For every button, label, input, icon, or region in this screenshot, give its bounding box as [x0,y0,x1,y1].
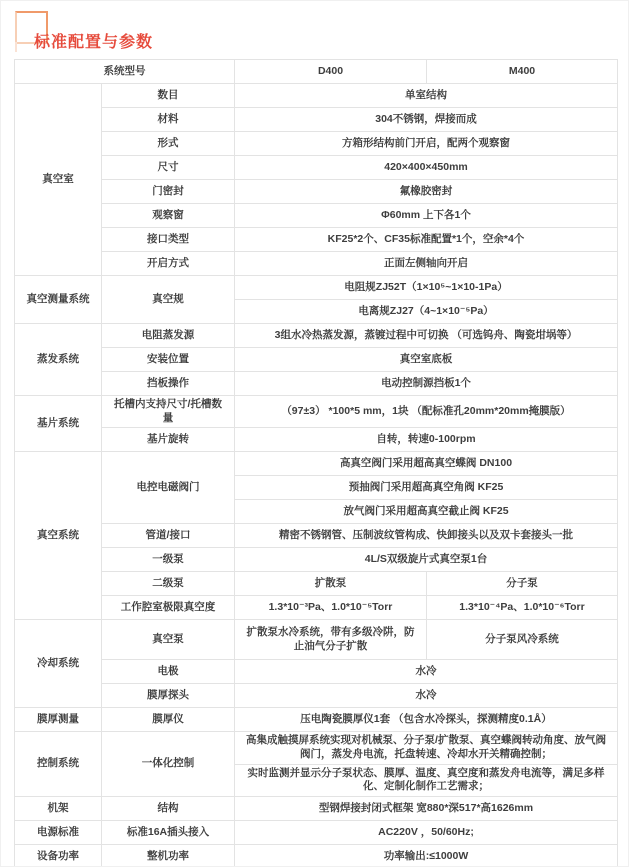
table-row: 一级泵 4L/S双级旋片式真空泵1台 [15,548,618,572]
value-cell-m400: 1.3*10⁻⁴Pa、1.0*10⁻⁶Torr [427,596,618,620]
value-cell: 精密不锈钢管、压制波纹管构成、快卸接头以及双卡套接头一批 [235,524,618,548]
spec-table: 系统型号 D400 M400 真空室 数目 单室结构 材料 304不锈钢，焊接而… [14,59,618,867]
table-row: 管道/接口 精密不锈钢管、压制波纹管构成、快卸接头以及双卡套接头一批 [15,524,618,548]
param-cell: 电控电磁阀门 [102,452,235,524]
param-cell: 真空泵 [102,620,235,660]
value-cell: 3组水冷热蒸发源，蒸镀过程中可切换 （可选钨舟、陶瓷坩埚等） [235,324,618,348]
value-cell: 4L/S双级旋片式真空泵1台 [235,548,618,572]
param-cell: 观察窗 [102,204,235,228]
param-cell: 膜厚仪 [102,708,235,732]
table-row: 挡板操作 电动控制源挡板1个 [15,372,618,396]
value-cell: 高真空阀门采用超高真空蝶阀 DN100 [235,452,618,476]
value-cell: 高集成触摸屏系统实现对机械泵、分子泵/扩散泵、真空蝶阀转动角度、放气阀阀门，蒸发… [235,732,618,764]
param-cell: 基片旋转 [102,428,235,452]
table-row: 尺寸 420×400×450mm [15,156,618,180]
page-header: 标准配置与参数 [1,1,628,59]
category-cell: 设备功率 [15,844,102,867]
table-row: 接口类型 KF25*2个、CF35标准配置*1个，空余*4个 [15,228,618,252]
value-cell: 电动控制源挡板1个 [235,372,618,396]
param-cell: 一级泵 [102,548,235,572]
table-row: 控制系统 一体化控制 高集成触摸屏系统实现对机械泵、分子泵/扩散泵、真空蝶阀转动… [15,732,618,764]
value-cell: 水冷 [235,684,618,708]
param-cell: 材料 [102,108,235,132]
param-cell: 挡板操作 [102,372,235,396]
value-cell: 压电陶瓷膜厚仪1套 （包含水冷探头，探测精度0.1Å） [235,708,618,732]
value-cell: 放气阀门采用超高真空截止阀 KF25 [235,500,618,524]
table-row: 真空室 数目 单室结构 [15,84,618,108]
param-cell: 数目 [102,84,235,108]
table-row: 安装位置 真空室底板 [15,348,618,372]
category-cell: 电源标准 [15,820,102,844]
page-title: 标准配置与参数 [34,29,153,52]
param-cell: 尺寸 [102,156,235,180]
table-row: 膜厚探头 水冷 [15,684,618,708]
value-cell: 电离规ZJ27（4~1×10⁻⁵Pa） [235,300,618,324]
table-row: 机架 结构 型钢焊接封闭式框架 宽880*深517*高1626mm [15,796,618,820]
model-d400-header: D400 [235,60,427,84]
table-row: 真空测量系统 真空规 电阻规ZJ52T（1×10⁵~1×10-1Pa） [15,276,618,300]
param-cell: 工作腔室极限真空度 [102,596,235,620]
value-cell: 方箱形结构前门开启，配两个观察窗 [235,132,618,156]
value-cell: 功率输出:≤1000W [235,844,618,867]
value-cell: 水冷 [235,660,618,684]
header-model-label: 系统型号 [15,60,235,84]
value-cell: 预抽阀门采用超高真空角阀 KF25 [235,476,618,500]
table-row: 蒸发系统 电阻蒸发源 3组水冷热蒸发源，蒸镀过程中可切换 （可选钨舟、陶瓷坩埚等… [15,324,618,348]
value-cell: 电阻规ZJ52T（1×10⁵~1×10-1Pa） [235,276,618,300]
table-row: 电源标准 标准16A插头接入 AC220V ，50/60Hz; [15,820,618,844]
table-row: 真空系统 电控电磁阀门 高真空阀门采用超高真空蝶阀 DN100 [15,452,618,476]
table-row: 开启方式 正面左侧轴向开启 [15,252,618,276]
param-cell: 电阻蒸发源 [102,324,235,348]
param-cell: 二级泵 [102,572,235,596]
table-row: 材料 304不锈钢，焊接而成 [15,108,618,132]
category-cell: 控制系统 [15,732,102,797]
table-row: 工作腔室极限真空度 1.3*10⁻³Pa、1.0*10⁻⁵Torr 1.3*10… [15,596,618,620]
value-cell-d400: 1.3*10⁻³Pa、1.0*10⁻⁵Torr [235,596,427,620]
param-cell: 接口类型 [102,228,235,252]
param-cell: 标准16A插头接入 [102,820,235,844]
value-cell: 自转，转速0-100rpm [235,428,618,452]
table-row: 膜厚测量 膜厚仪 压电陶瓷膜厚仪1套 （包含水冷探头，探测精度0.1Å） [15,708,618,732]
value-cell-m400: 分子泵风冷系统 [427,620,618,660]
category-cell: 基片系统 [15,396,102,452]
value-cell-m400: 分子泵 [427,572,618,596]
value-cell: 单室结构 [235,84,618,108]
category-cell: 真空测量系统 [15,276,102,324]
value-cell: 实时监测并显示分子泵状态、膜厚、温度、真空度和蒸发舟电流等，满足多样化、定制化制… [235,764,618,796]
category-cell: 机架 [15,796,102,820]
param-cell: 一体化控制 [102,732,235,797]
param-cell: 膜厚探头 [102,684,235,708]
value-cell: 正面左侧轴向开启 [235,252,618,276]
value-cell: （97±3） *100*5 mm，1块 （配标准孔20mm*20mm掩膜版） [235,396,618,428]
table-row: 设备功率 整机功率 功率输出:≤1000W [15,844,618,867]
param-cell: 结构 [102,796,235,820]
table-row: 观察窗 Φ60mm 上下各1个 [15,204,618,228]
value-cell: 真空室底板 [235,348,618,372]
param-cell: 整机功率 [102,844,235,867]
param-cell: 形式 [102,132,235,156]
model-m400-header: M400 [427,60,618,84]
category-cell: 真空系统 [15,452,102,620]
category-cell: 蒸发系统 [15,324,102,396]
table-row-header: 系统型号 D400 M400 [15,60,618,84]
param-cell: 开启方式 [102,252,235,276]
value-cell: KF25*2个、CF35标准配置*1个，空余*4个 [235,228,618,252]
param-cell: 电极 [102,660,235,684]
param-cell: 安装位置 [102,348,235,372]
category-cell: 膜厚测量 [15,708,102,732]
param-cell: 托槽内支持尺寸/托槽数量 [102,396,235,428]
table-row: 形式 方箱形结构前门开启，配两个观察窗 [15,132,618,156]
param-cell: 真空规 [102,276,235,324]
value-cell-d400: 扩散泵 [235,572,427,596]
table-row: 基片旋转 自转，转速0-100rpm [15,428,618,452]
param-cell: 管道/接口 [102,524,235,548]
table-row: 冷却系统 真空泵 扩散泵水冷系统，带有多级冷阱，防止油气分子扩散 分子泵风冷系统 [15,620,618,660]
table-row: 门密封 氟橡胶密封 [15,180,618,204]
value-cell: Φ60mm 上下各1个 [235,204,618,228]
table-row: 基片系统 托槽内支持尺寸/托槽数量 （97±3） *100*5 mm，1块 （配… [15,396,618,428]
category-cell: 冷却系统 [15,620,102,708]
value-cell-d400: 扩散泵水冷系统，带有多级冷阱，防止油气分子扩散 [235,620,427,660]
category-cell: 真空室 [15,84,102,276]
table-row: 电极 水冷 [15,660,618,684]
value-cell: 304不锈钢，焊接而成 [235,108,618,132]
value-cell: 420×400×450mm [235,156,618,180]
value-cell: 氟橡胶密封 [235,180,618,204]
param-cell: 门密封 [102,180,235,204]
value-cell: AC220V ，50/60Hz; [235,820,618,844]
table-row: 二级泵 扩散泵 分子泵 [15,572,618,596]
value-cell: 型钢焊接封闭式框架 宽880*深517*高1626mm [235,796,618,820]
